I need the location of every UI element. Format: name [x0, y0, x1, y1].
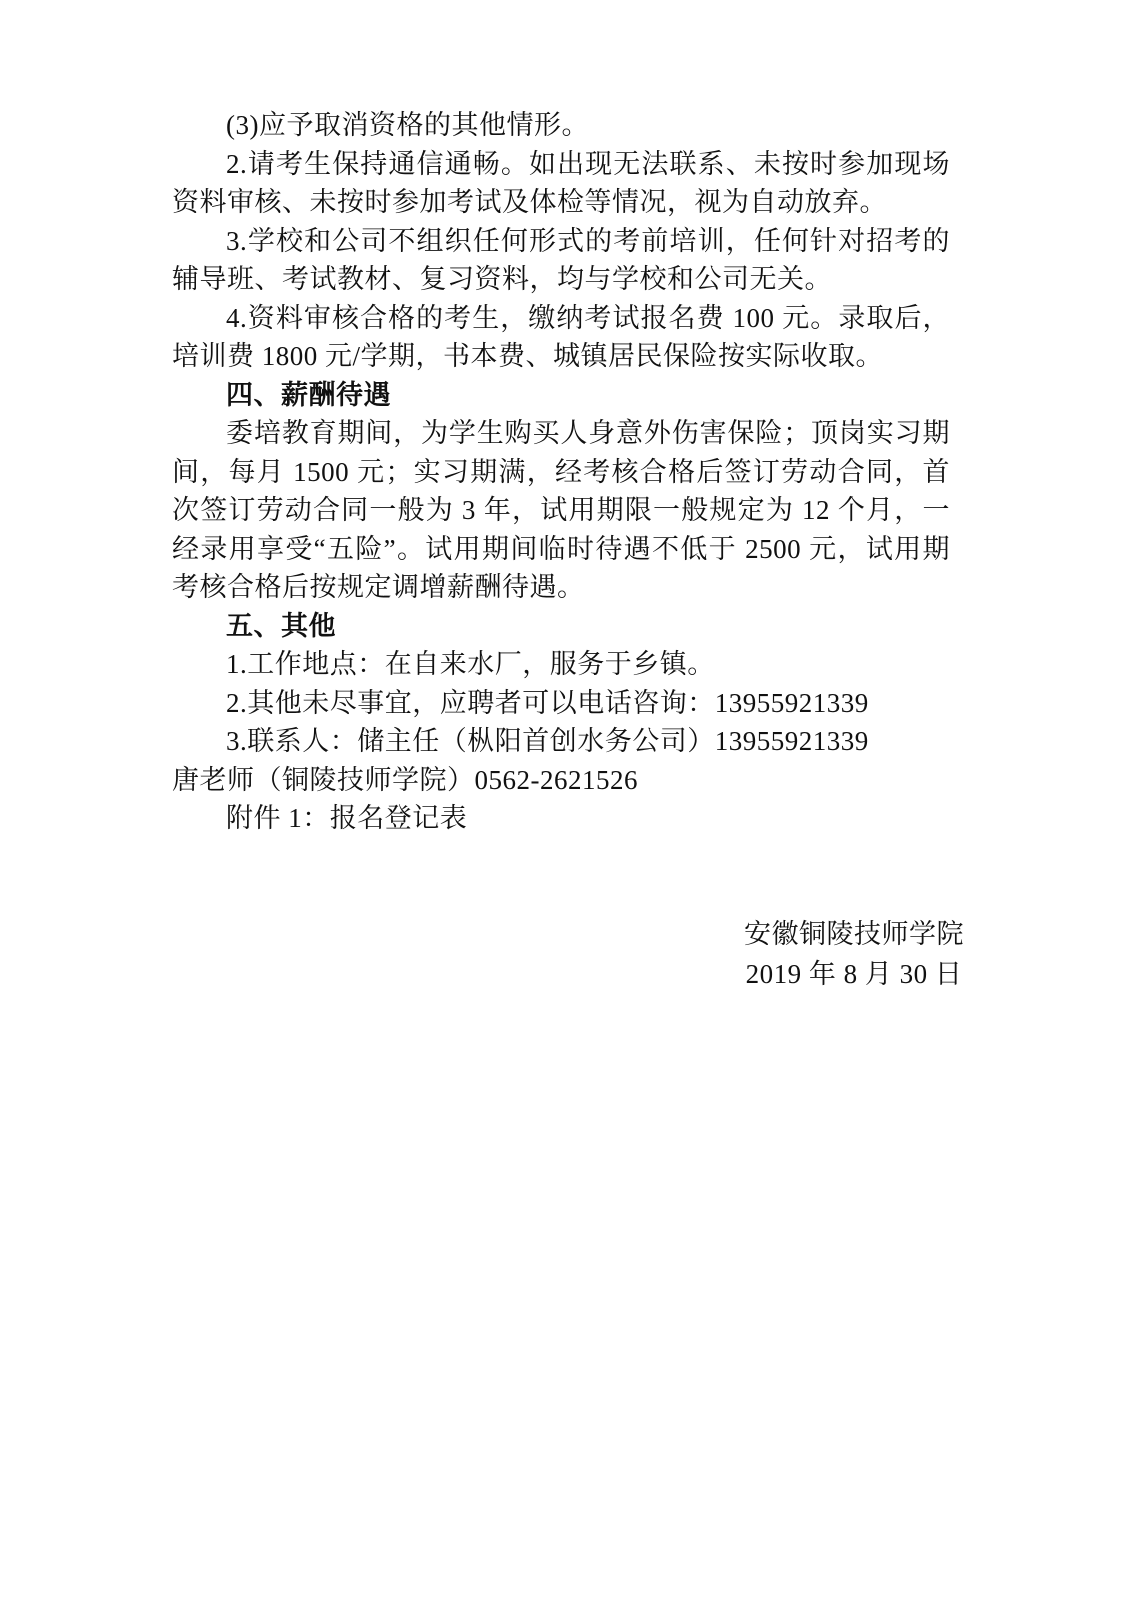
paragraph-attachment: 附件 1：报名登记表	[172, 799, 950, 838]
paragraph-no-exam-training: 3.学校和公司不组织任何形式的考前培训，任何针对招考的辅导班、考试教材、复习资料…	[172, 222, 950, 299]
signature-block: 安徽铜陵技师学院 2019 年 8 月 30 日	[744, 914, 964, 995]
list-item-contact-person-2: 唐老师（铜陵技师学院）0562-2621526	[172, 761, 950, 800]
section-heading-salary: 四、薪酬待遇	[172, 376, 950, 415]
list-item-contact-person-1: 3.联系人：储主任（枞阳首创水务公司）13955921339	[172, 722, 950, 761]
paragraph-keep-communication: 2.请考生保持通信通畅。如出现无法联系、未按时参加现场资料审核、未按时参加考试及…	[172, 145, 950, 222]
paragraph-salary-details: 委培教育期间，为学生购买人身意外伤害保险；顶岗实习期间，每月 1500 元；实习…	[172, 414, 950, 607]
paragraph-disqualification-other: (3)应予取消资格的其他情形。	[172, 106, 950, 145]
signature-date: 2019 年 8 月 30 日	[744, 954, 964, 995]
list-item-phone-inquiry: 2.其他未尽事宜，应聘者可以电话咨询：13955921339	[172, 684, 950, 723]
paragraph-fees: 4.资料审核合格的考生，缴纳考试报名费 100 元。录取后，培训费 1800 元…	[172, 299, 950, 376]
document-page: (3)应予取消资格的其他情形。 2.请考生保持通信通畅。如出现无法联系、未按时参…	[0, 0, 1130, 1600]
signature-org: 安徽铜陵技师学院	[744, 914, 964, 955]
document-body: (3)应予取消资格的其他情形。 2.请考生保持通信通畅。如出现无法联系、未按时参…	[172, 106, 950, 995]
section-heading-other: 五、其他	[172, 607, 950, 646]
list-item-work-location: 1.工作地点：在自来水厂，服务于乡镇。	[172, 645, 950, 684]
